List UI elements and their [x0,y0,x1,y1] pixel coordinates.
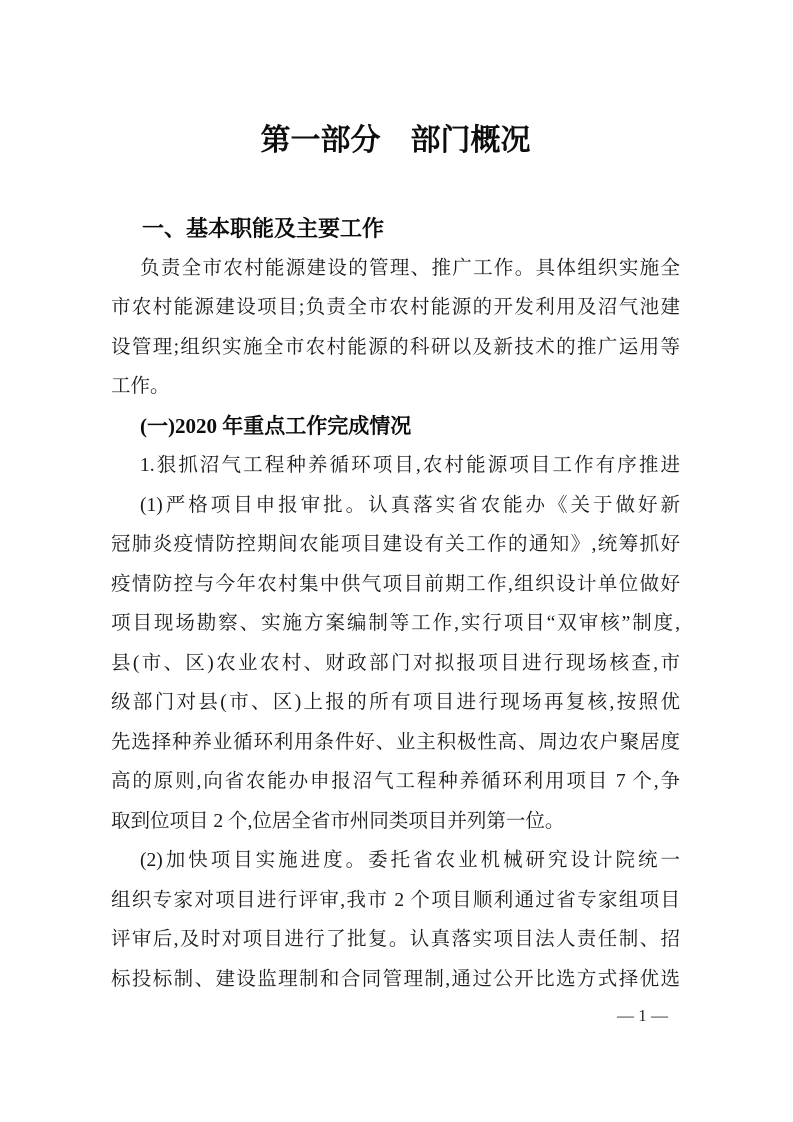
paragraph-line: (2)加快项目实施进度。委托省农业机械研究设计院统一 [111,841,680,881]
document-body: 一、基本职能及主要工作负责全市农村能源建设的管理、推广工作。具体组织实施全市农村… [111,209,680,999]
paragraph-line: 取到位项目 2 个,位居全省市州同类项目并列第一位。 [111,802,680,842]
paragraph-line: 设管理;组织实施全市农村能源的科研以及新技术的推广运用等 [111,328,680,368]
paragraph-line: 工作。 [111,367,680,407]
document-title: 第一部分 部门概况 [111,119,680,163]
paragraph-line: 负责全市农村能源建设的管理、推广工作。具体组织实施全 [111,249,680,289]
document-content: 第一部分 部门概况 一、基本职能及主要工作负责全市农村能源建设的管理、推广工作。… [111,0,680,999]
paragraph-line: 县(市、区)农业农村、财政部门对拟报项目进行现场核查,市 [111,644,680,684]
paragraph-line: 组织专家对项目进行评审,我市 2 个项目顺利通过省专家组项目 [111,881,680,921]
paragraph-line: 冠肺炎疫情防控期间农能项目建设有关工作的通知》,统筹抓好 [111,525,680,565]
section-heading: 一、基本职能及主要工作 [111,209,680,249]
subsection-heading: (一)2020 年重点工作完成情况 [111,407,680,447]
paragraph-line: 疫情防控与今年农村集中供气项目前期工作,组织设计单位做好 [111,565,680,605]
paragraph-line: 市农村能源建设项目;负责全市农村能源的开发利用及沼气池建 [111,288,680,328]
page-number: — 1 — [617,1006,668,1026]
paragraph-line: 评审后,及时对项目进行了批复。认真落实项目法人责任制、招 [111,920,680,960]
document-page: 第一部分 部门概况 一、基本职能及主要工作负责全市农村能源建设的管理、推广工作。… [0,0,793,1122]
paragraph-line: 标投标制、建设监理制和合同管理制,通过公开比选方式择优选 [111,960,680,1000]
paragraph-line: 项目现场勘察、实施方案编制等工作,实行项目“双审核”制度, [111,604,680,644]
paragraph-line: (1)严格项目申报审批。认真落实省农能办《关于做好新 [111,486,680,526]
paragraph-line: 1.狠抓沼气工程种养循环项目,农村能源项目工作有序推进 [111,446,680,486]
paragraph-line: 先选择种养业循环利用条件好、业主积极性高、周边农户聚居度 [111,723,680,763]
paragraph-line: 级部门对县(市、区)上报的所有项目进行现场再复核,按照优 [111,683,680,723]
paragraph-line: 高的原则,向省农能办申报沼气工程种养循环利用项目 7 个,争 [111,762,680,802]
